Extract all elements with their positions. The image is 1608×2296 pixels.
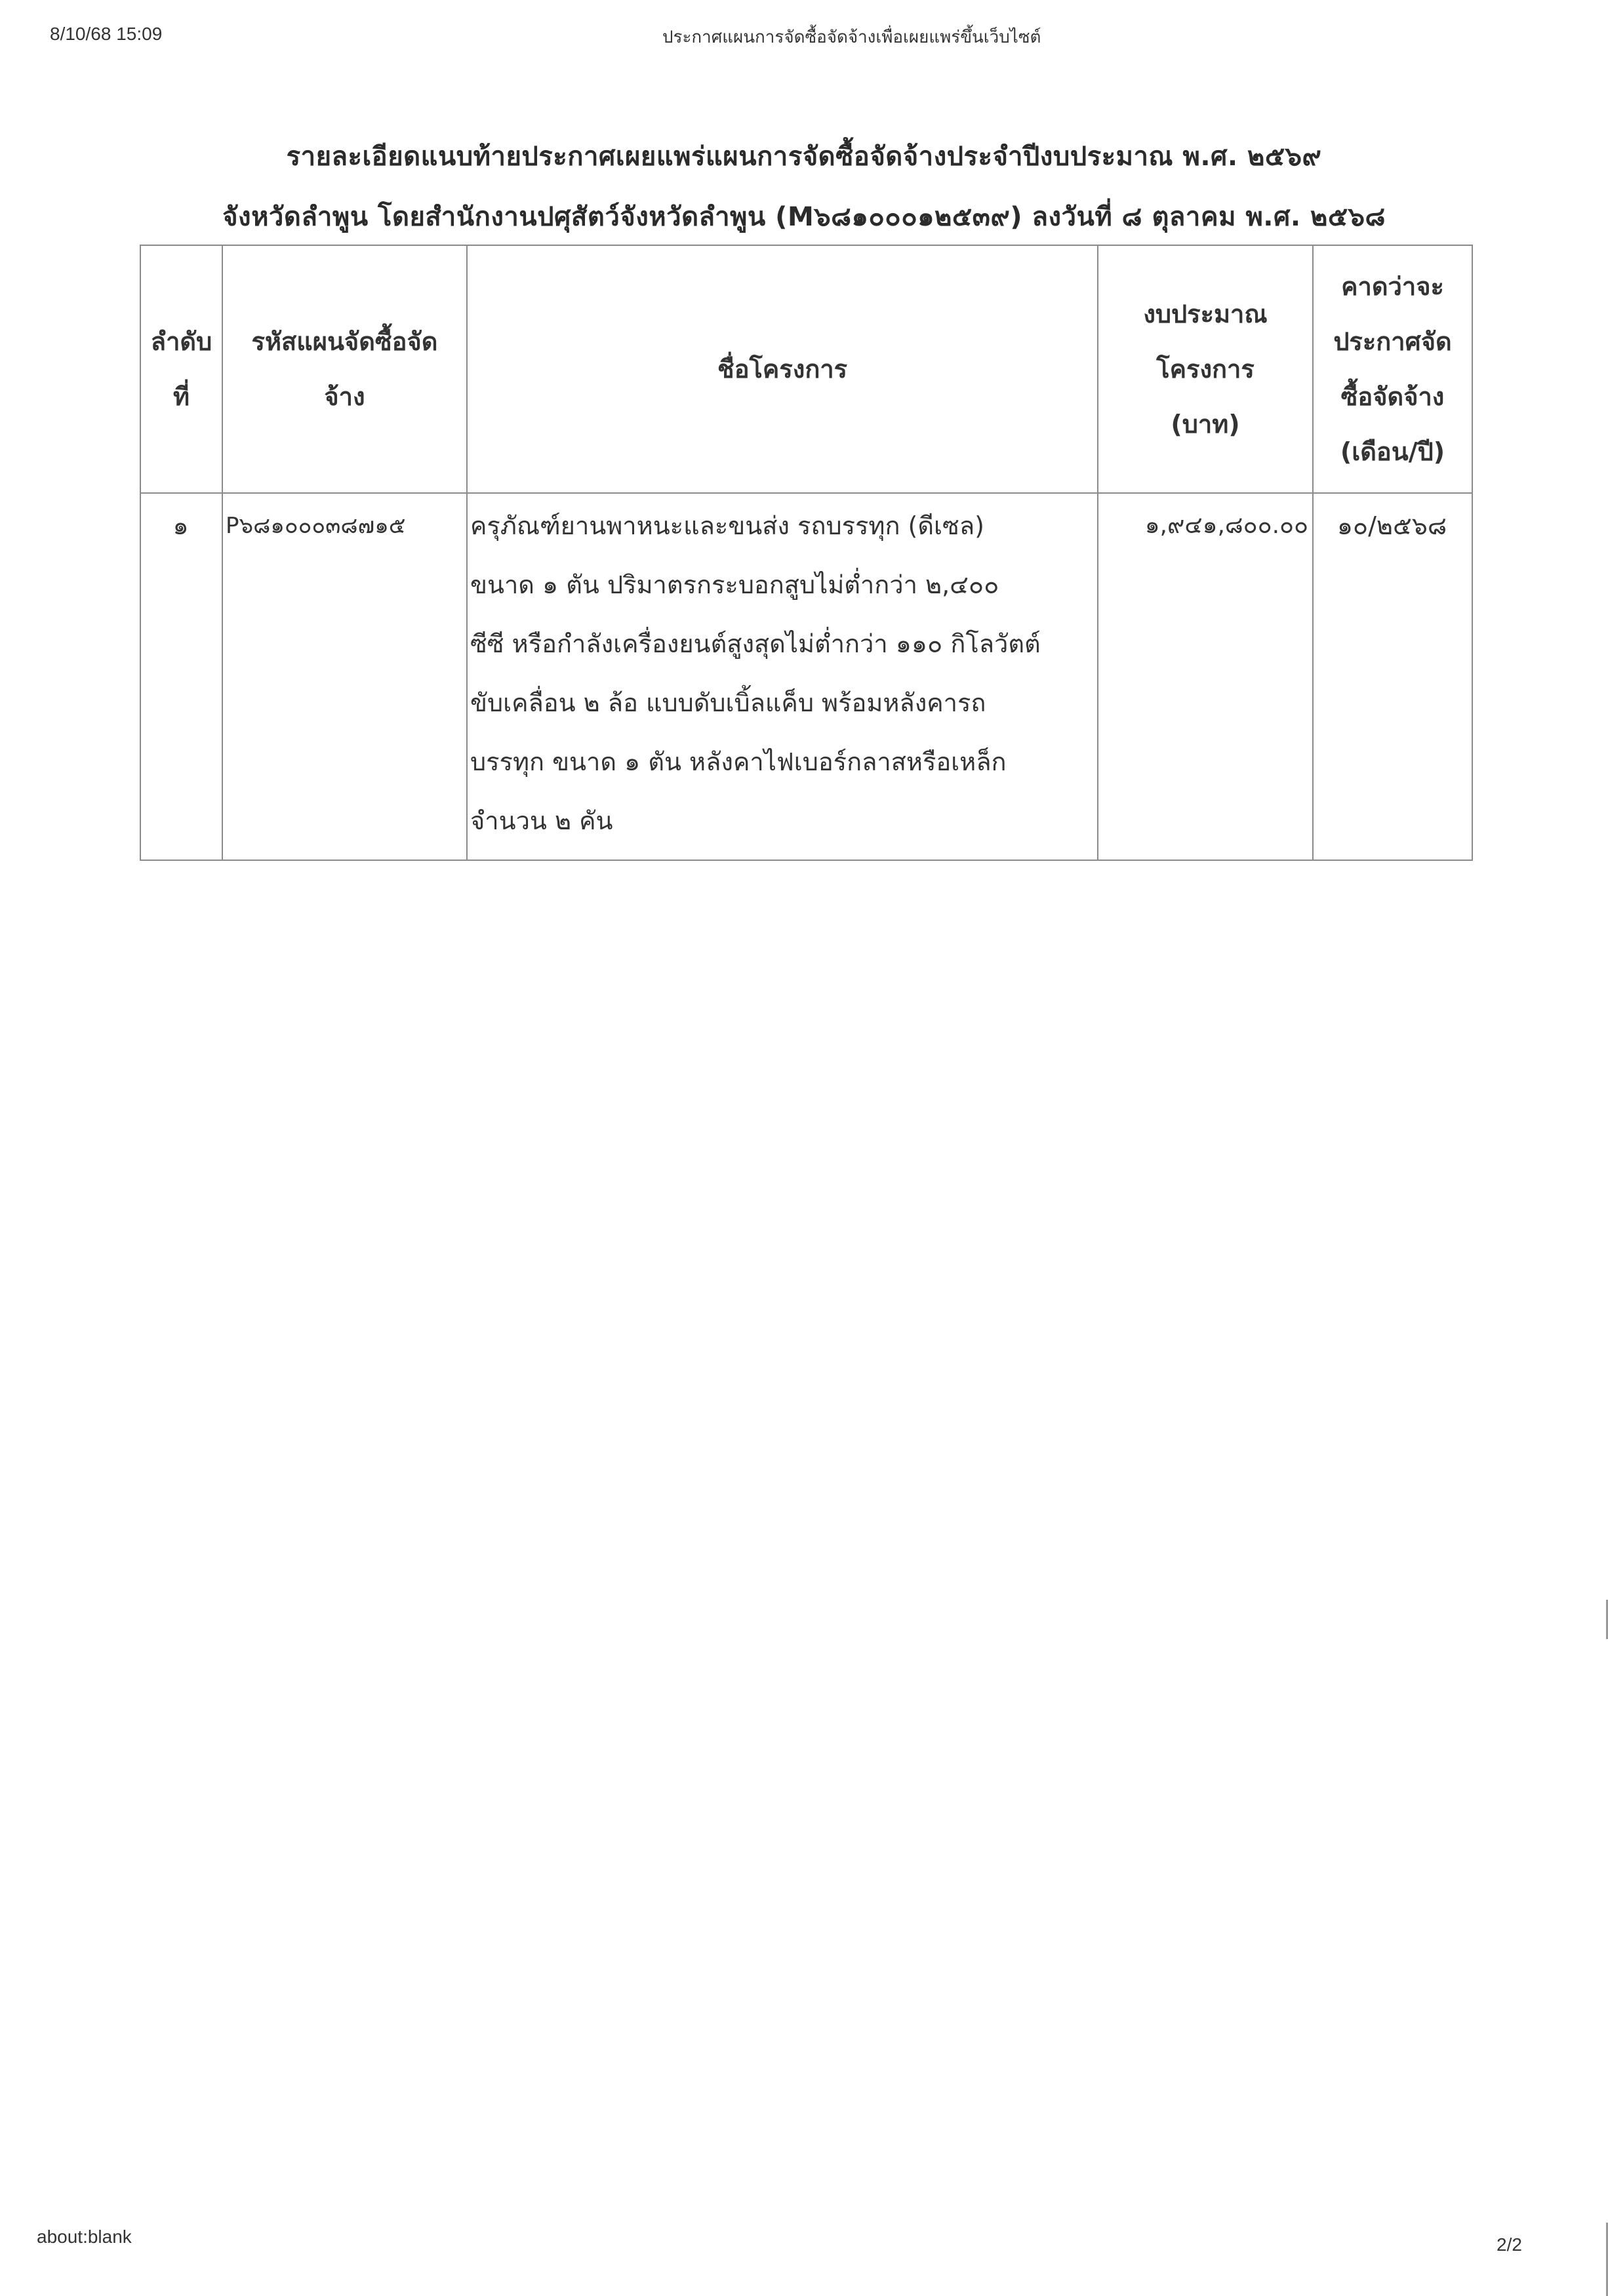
project-line: ขนาด ๑ ตัน ปริมาตรกระบอกสูบไม่ต่ำกว่า ๒,…	[470, 555, 1093, 614]
header-project-name: ชื่อโครงการ	[467, 245, 1098, 493]
cell-project-name: ครุภัณฑ์ยานพาหนะและขนส่ง รถบรรทุก (ดีเซล…	[467, 493, 1098, 860]
project-line: ขับเคลื่อน ๒ ล้อ แบบดับเบิ้ลแค็บ พร้อมหล…	[470, 673, 1093, 732]
print-datetime: 8/10/68 15:09	[50, 24, 162, 45]
header-line: จ้าง	[226, 369, 464, 424]
header-line: ชื่อโครงการ	[470, 342, 1095, 397]
header-expected-date: คาดว่าจะ ประกาศจัด ซื้อจัดจ้าง (เดือน/ปี…	[1313, 245, 1472, 493]
print-document-title: ประกาศแผนการจัดซื้อจัดจ้างเพื่อเผยแพร่ขึ…	[662, 24, 1041, 50]
print-page-number: 2/2	[1497, 2234, 1522, 2255]
cell-budget: ๑,๙๔๑,๘๐๐.๐๐	[1098, 493, 1313, 860]
cell-expected-date: ๑๐/๒๕๖๘	[1313, 493, 1472, 860]
header-line: ซื้อจัดจ้าง	[1316, 369, 1469, 424]
header-line: รหัสแผนจัดซื้อจัด	[226, 314, 464, 369]
header-line: (เดือน/ปี)	[1316, 424, 1469, 479]
cell-no: ๑	[140, 493, 222, 860]
document-title: รายละเอียดแนบท้ายประกาศเผยแพร่แผนการจัดซ…	[0, 135, 1608, 177]
header-line: งบประมาณ	[1101, 287, 1310, 342]
header-line: (บาท)	[1101, 397, 1310, 452]
print-url: about:blank	[37, 2227, 132, 2247]
table-header-row: ลำดับ ที่ รหัสแผนจัดซื้อจัด จ้าง ชื่อโคร…	[140, 245, 1472, 493]
table-row: ๑ P๖๘๑๐๐๐๓๘๗๑๕ ครุภัณฑ์ยานพาหนะและขนส่ง …	[140, 493, 1472, 860]
header-plan-code: รหัสแผนจัดซื้อจัด จ้าง	[222, 245, 467, 493]
project-line: บรรทุก ขนาด ๑ ตัน หลังคาไฟเบอร์กลาสหรือเ…	[470, 732, 1093, 791]
header-no: ลำดับ ที่	[140, 245, 222, 493]
cell-plan-code: P๖๘๑๐๐๐๓๘๗๑๕	[222, 493, 467, 860]
header-line: ลำดับ	[144, 314, 219, 369]
header-line: ประกาศจัด	[1316, 314, 1469, 369]
header-line: ที่	[144, 369, 219, 424]
project-line: ครุภัณฑ์ยานพาหนะและขนส่ง รถบรรทุก (ดีเซล…	[470, 496, 1093, 555]
header-line: คาดว่าจะ	[1316, 259, 1469, 314]
header-line: โครงการ	[1101, 342, 1310, 397]
document-subtitle: จังหวัดลำพูน โดยสำนักงานปศุสัตว์จังหวัดล…	[0, 195, 1608, 237]
procurement-plan-table: ลำดับ ที่ รหัสแผนจัดซื้อจัด จ้าง ชื่อโคร…	[140, 245, 1473, 861]
project-line: จำนวน ๒ คัน	[470, 791, 1093, 850]
project-line: ซีซี หรือกำลังเครื่องยนต์สูงสุดไม่ต่ำกว่…	[470, 614, 1093, 673]
header-budget: งบประมาณ โครงการ (บาท)	[1098, 245, 1313, 493]
